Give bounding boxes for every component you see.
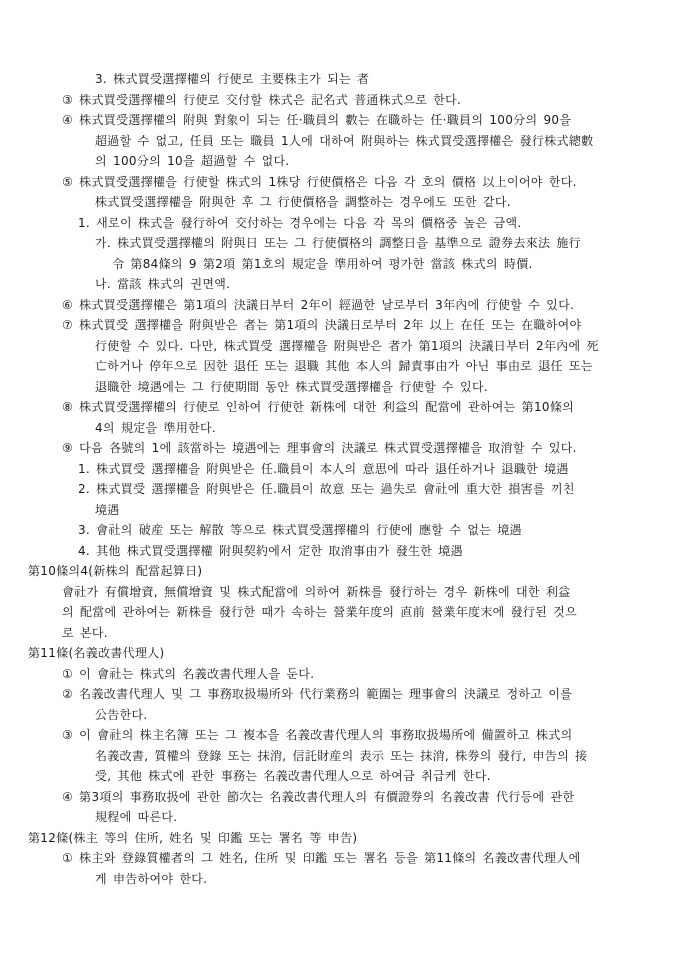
- text-line: 의 配當에 관하여는 新株를 發行한 때가 속하는 營業年度의 直前 營業年度末…: [0, 602, 680, 623]
- text-line: 가. 株式買受選擇權의 附與日 또는 그 行使價格의 調整日을 基準으로 證券去…: [0, 233, 680, 254]
- text-line: ① 株主와 登錄質權者의 그 姓名, 住所 및 印鑑 또는 署名 등을 第11條…: [0, 848, 680, 869]
- text-line: ② 名義改書代理人 및 그 事務取扱場所와 代行業務의 範圍는 理事會의 決議로…: [0, 684, 680, 705]
- text-line: 令 第84條의 9 第2項 第1호의 規定을 準用하여 평가한 當該 株式의 時…: [0, 254, 680, 275]
- text-line: 로 본다.: [0, 623, 680, 644]
- text-line: 1. 株式買受 選擇權을 附與받은 任.職員이 本人의 意思에 따라 退任하거나…: [0, 459, 680, 480]
- text-line: 게 申告하여야 한다.: [0, 869, 680, 890]
- text-line: ⑥ 株式買受選擇權은 第1項의 決議日부터 2年이 經過한 날로부터 3年內에 …: [0, 295, 680, 316]
- text-line: 2. 株式買受 選擇權을 附與받은 任.職員이 故意 또는 過失로 會社에 重大…: [0, 479, 680, 500]
- text-line: ③ 株式買受選擇權의 行使로 交付할 株式은 記名式 普通株式으로 한다.: [0, 90, 680, 111]
- document-page: 3. 株式買受選擇權의 行使로 主要株主가 되는 者③ 株式買受選擇權의 行使로…: [0, 0, 680, 962]
- text-line: ⑦ 株式買受 選擇權을 附與받은 者는 第1項의 決議日로부터 2年 以上 在任…: [0, 315, 680, 336]
- text-line: 行使할 수 있다. 다만, 株式買受 選擇權을 附與받은 者가 第1項의 決議日…: [0, 336, 680, 357]
- text-line: 超過할 수 없고, 任員 또는 職員 1人에 대하여 附與하는 株式買受選擇權은…: [0, 131, 680, 152]
- text-line: 의 100分의 10을 超過할 수 없다.: [0, 151, 680, 172]
- text-line: 3. 株式買受選擇權의 行使로 主要株主가 되는 者: [0, 69, 680, 90]
- text-line: 3. 會社의 破産 또는 解散 等으로 株式買受選擇權의 行使에 應할 수 없는…: [0, 520, 680, 541]
- text-line: 第10條의4(新株의 配當起算日): [0, 561, 680, 582]
- text-line: 株式買受選擇權을 附與한 후 그 行使價格을 調整하는 경우에도 또한 같다.: [0, 192, 680, 213]
- text-line: 名義改書, 質權의 登錄 또는 抹消, 信託財産의 表示 또는 抹消, 株券의 …: [0, 746, 680, 767]
- text-line: 規程에 따른다.: [0, 807, 680, 828]
- text-line: 退職한 境遇에는 그 行使期間 동안 株式買受選擇權을 行使할 수 있다.: [0, 377, 680, 398]
- text-line: 境遇: [0, 500, 680, 521]
- text-line: 4. 其他 株式買受選擇權 附與契約에서 定한 取消事由가 發生한 境遇: [0, 541, 680, 562]
- text-line: ⑨ 다음 各號의 1에 該當하는 境遇에는 理事會의 決議로 株式買受選擇權을 …: [0, 438, 680, 459]
- text-line: 亡하거나 停年으로 因한 退任 또는 退職 其他 本人의 歸責事由가 아닌 事由…: [0, 356, 680, 377]
- text-line: ⑤ 株式買受選擇權을 行使할 株式의 1株당 行使價格은 다음 각 호의 價格 …: [0, 172, 680, 193]
- text-line: 1. 새로이 株式을 發行하여 交付하는 경우에는 다음 각 목의 價格중 높은…: [0, 213, 680, 234]
- text-line: 나. 當該 株式의 권면액.: [0, 274, 680, 295]
- text-line: ③ 이 會社의 株主名簿 또는 그 複本을 名義改書代理人의 事務取扱場所에 備…: [0, 725, 680, 746]
- text-line: 受, 其他 株式에 관한 事務는 名義改書代理人으로 하여금 취급케 한다.: [0, 766, 680, 787]
- text-line: ④ 株式買受選擇權의 附與 對象이 되는 任·職員의 數는 在職하는 任·職員의…: [0, 110, 680, 131]
- text-line: 公告한다.: [0, 705, 680, 726]
- text-line: 4의 規定을 準用한다.: [0, 418, 680, 439]
- text-line: ① 이 會社는 株式의 名義改書代理人을 둔다.: [0, 664, 680, 685]
- text-line: 會社가 有償增資, 無償增資 및 株式配當에 의하여 新株를 發行하는 경우 新…: [0, 582, 680, 603]
- text-line: ④ 第3項의 事務取扱에 관한 節次는 名義改書代理人의 有價證券의 名義改書 …: [0, 787, 680, 808]
- text-line: 第12條(株主 等의 住所, 姓名 및 印鑑 또는 署名 等 申告): [0, 828, 680, 849]
- text-line: ⑧ 株式買受選擇權의 行使로 인하여 行使한 新株에 대한 利益의 配當에 관하…: [0, 397, 680, 418]
- text-line: 第11條(名義改書代理人): [0, 643, 680, 664]
